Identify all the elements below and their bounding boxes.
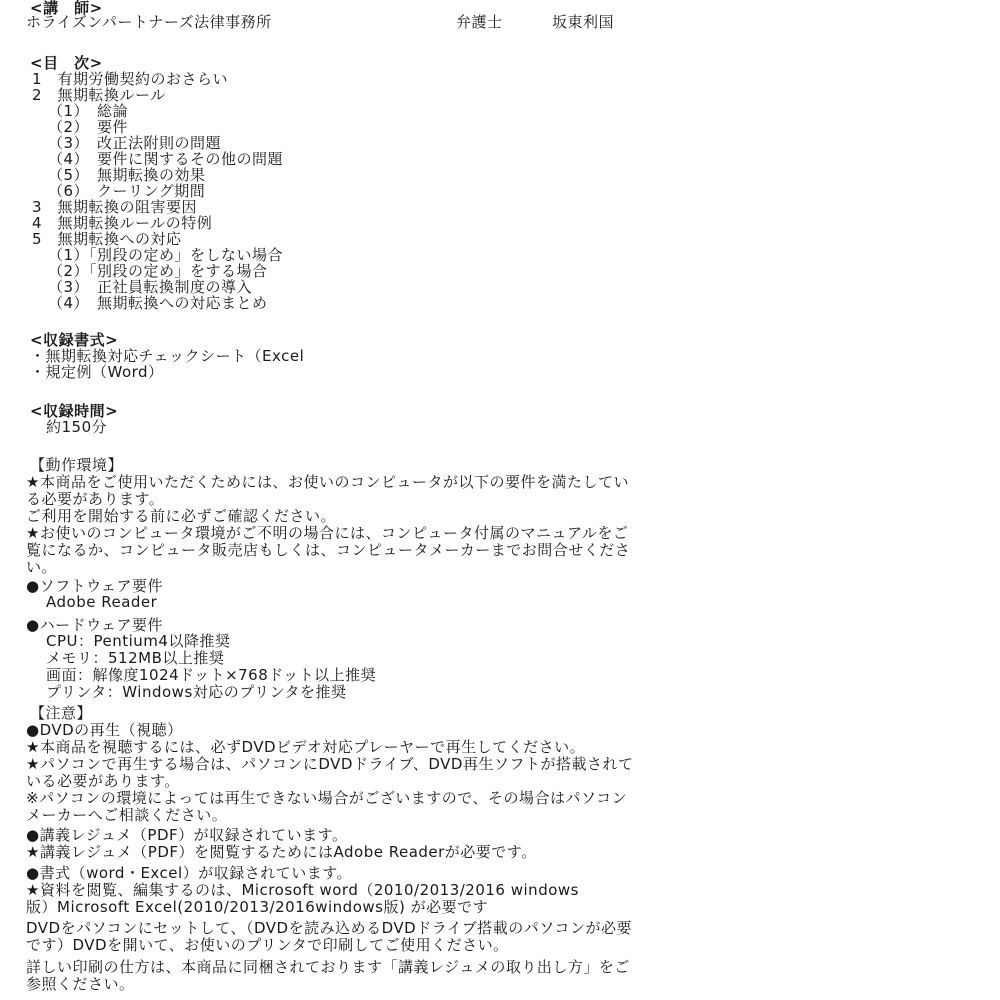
notes-usage-line: DVDをパソコンにセットして、（DVDを読み込めるDVDドライブ搭載のパソコンが… bbox=[26, 920, 632, 937]
lecturer-firm: ホライズンパートナーズ法律事務所 bbox=[26, 14, 272, 31]
hardware-item: メモリ：512MB以上推奨 bbox=[46, 650, 224, 667]
notes-dvd-line: ★本商品を視聴するには、必ずDVDビデオ対応プレーヤーで再生してください。 bbox=[26, 739, 585, 756]
notes-pdf-line: ★講義レジュメ（PDF）を閲覧するためにはAdobe Readerが必要です。 bbox=[26, 844, 537, 861]
notes-dvd-line: ★パソコンで再生する場合は、パソコンにDVDドライブ、DVD再生ソフトが搭載され… bbox=[26, 756, 633, 773]
notes-heading: 【注意】 bbox=[30, 705, 92, 722]
software-item: Adobe Reader bbox=[46, 594, 157, 611]
notes-office-line: ●書式（word・Excel）が収録されています。 bbox=[26, 865, 352, 882]
environment-line: ★本商品をご使用いただくためには、お使いのコンピュータが以下の要件を満たしてい bbox=[26, 474, 629, 491]
document-page: <講 師> ホライズンパートナーズ法律事務所 弁護士 坂東利国 <目 次> 1 … bbox=[0, 0, 1000, 1000]
notes-pdf-line: ●講義レジュメ（PDF）が収録されています。 bbox=[26, 827, 347, 844]
notes-dvd-line: ●DVDの再生（視聴） bbox=[26, 722, 183, 739]
notes-office-line: 版）Microsoft Excel(2010/2013/2016windows版… bbox=[26, 899, 488, 916]
notes-dvd-line: メーカーへご相談ください。 bbox=[26, 807, 227, 824]
hardware-item: CPU：Pentium4以降推奨 bbox=[46, 633, 230, 650]
environment-line: 覧になるか、コンピュータ販売店もしくは、コンピュータメーカーまでお問合せくださ bbox=[26, 542, 630, 559]
environment-line: い。 bbox=[26, 559, 57, 576]
hardware-item: 画面：解像度1024ドット×768ドット以上推奨 bbox=[46, 667, 376, 684]
lecturer-title: 弁護士 bbox=[456, 14, 503, 31]
environment-heading: 【動作環境】 bbox=[30, 457, 123, 474]
format-item: ・規定例（Word） bbox=[30, 364, 164, 381]
lecturer-name: 坂東利国 bbox=[552, 14, 614, 31]
notes-office-line: ★資料を閲覧、編集するのは、Microsoft word（2010/2013/2… bbox=[26, 882, 579, 899]
notes-dvd-line: ※パソコンの環境によっては再生できない場合がございますので、その場合はパソコン bbox=[26, 790, 627, 807]
toc-item: （4） 無期転換への対応まとめ bbox=[48, 295, 268, 312]
notes-dvd-line: いる必要があります。 bbox=[26, 773, 180, 790]
notes-details-line: 参照ください。 bbox=[26, 976, 135, 993]
duration-value: 約150分 bbox=[46, 419, 107, 436]
notes-usage-line: です）DVDを開いて、お使いのプリンタで印刷してご使用ください。 bbox=[26, 937, 509, 954]
hardware-item: プリンタ：Windows対応のプリンタを推奨 bbox=[46, 684, 347, 701]
environment-line: ★お使いのコンピュータ環境がご不明の場合には、コンピュータ付属のマニュアルをご bbox=[26, 525, 628, 542]
notes-details-line: 詳しい印刷の仕方は、本商品に同梱されております「講義レジュメの取り出し方」をご bbox=[26, 959, 630, 976]
environment-line: る必要があります。 bbox=[26, 491, 164, 508]
environment-line: ご利用を開始する前に必ずご確認ください。 bbox=[26, 508, 336, 525]
